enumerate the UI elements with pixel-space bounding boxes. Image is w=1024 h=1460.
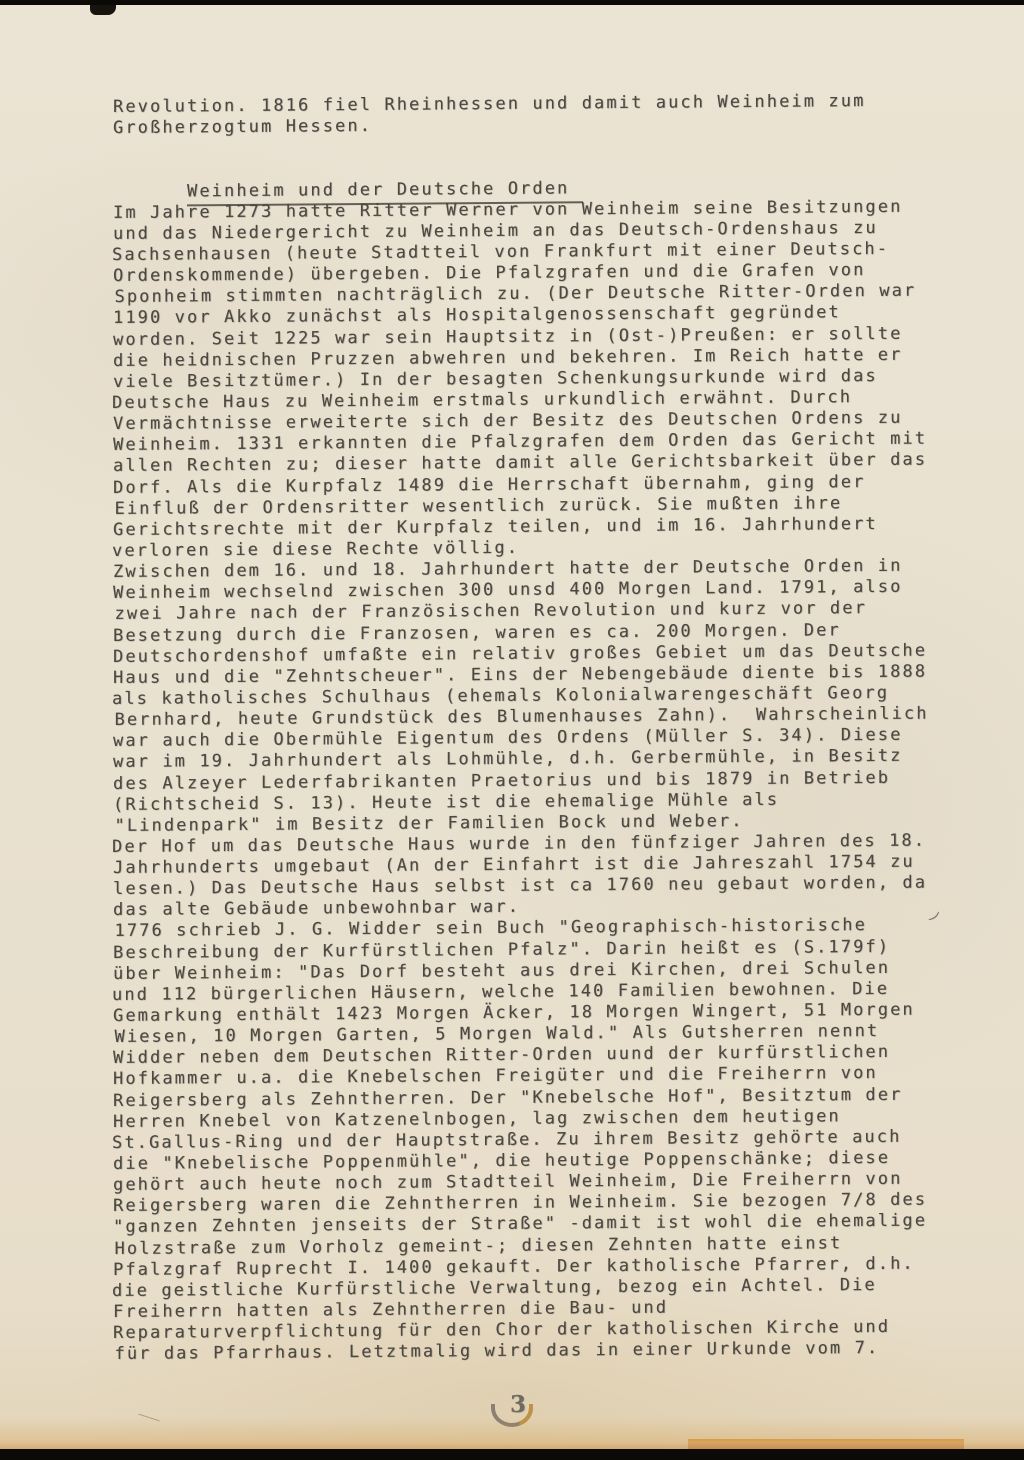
paper-sheet: Revolution. 1816 fiel Rheinhessen und da… — [0, 5, 1024, 1449]
paper-bottom-edge-notch — [688, 1439, 964, 1449]
scan-edge-blob — [90, 5, 116, 15]
page-number: 3 — [503, 1391, 533, 1418]
paper-scratch-mark — [138, 1414, 159, 1422]
scanned-document-page: { "document": { "colors": { "paper": "#e… — [0, 0, 1024, 1460]
intro-paragraph: Revolution. 1816 fiel Rheinhessen und da… — [113, 91, 927, 140]
stray-ink-mark: ) — [925, 909, 943, 925]
typewritten-text-block: Revolution. 1816 fiel Rheinhessen und da… — [113, 91, 927, 1366]
body-paragraph: Im Jahre 1273 hatte Ritter Werner von We… — [113, 196, 927, 1365]
